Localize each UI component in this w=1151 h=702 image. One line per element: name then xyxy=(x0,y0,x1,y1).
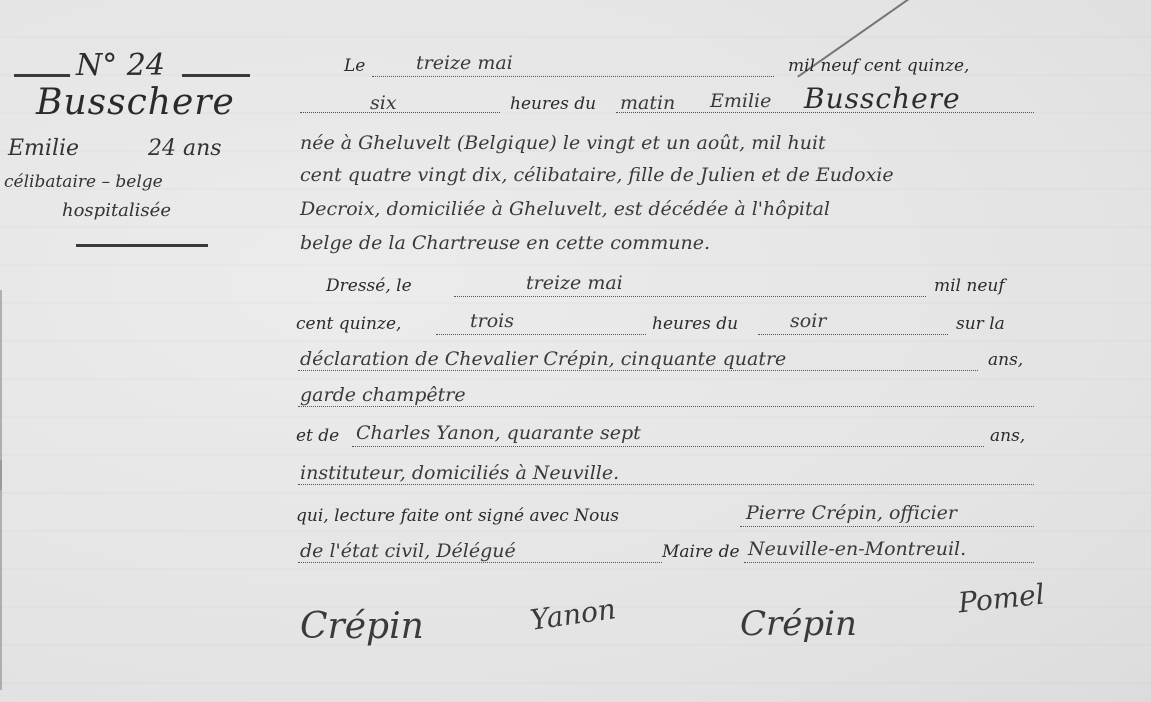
document-page: N° 24 Busschere Emilie 24 ans célibatair… xyxy=(0,0,1151,702)
record-line-11: et de Charles Yanon, quarante sept ans, xyxy=(296,424,1046,454)
entry-number: N° 24 xyxy=(76,48,165,83)
time-of-day-drawn: soir xyxy=(790,310,826,332)
printed-text: Le xyxy=(344,56,365,76)
printed-text: ans, xyxy=(990,426,1025,446)
margin-surname: Busschere xyxy=(36,82,235,123)
second-declarant-occupation: instituteur, domiciliés à Neuville. xyxy=(300,462,619,484)
printed-text: cent quinze, xyxy=(296,314,401,334)
printed-text: ans, xyxy=(988,350,1023,370)
printed-text: mil neuf cent quinze, xyxy=(788,56,969,76)
printed-text: Dressé, le xyxy=(326,276,412,296)
signature-1: Crépin xyxy=(300,606,424,647)
record-line-2: six heures du matin Emilie Busschere xyxy=(296,90,1046,120)
margin-column: N° 24 Busschere Emilie 24 ans célibatair… xyxy=(0,0,280,702)
printed-text: sur la xyxy=(956,314,1005,334)
margin-rule-left xyxy=(14,74,70,77)
second-declarant: Charles Yanon, quarante sept xyxy=(356,422,641,444)
margin-bottom-rule xyxy=(76,244,208,247)
dotted-field xyxy=(298,370,978,371)
dotted-field xyxy=(454,296,926,297)
officer-name: Pierre Crépin, officier xyxy=(746,502,957,524)
birth-info: née à Gheluvelt (Belgique) le vingt et u… xyxy=(300,132,826,154)
dotted-field xyxy=(740,526,1034,527)
place-of-death: belge de la Chartreuse en cette commune. xyxy=(300,232,710,254)
dotted-field xyxy=(744,562,1034,563)
date-drawn-up: treize mai xyxy=(526,272,623,294)
margin-rule-right xyxy=(182,74,250,77)
record-line-8: cent quinze, trois heures du soir sur la xyxy=(296,312,1046,342)
hour-of-death: six xyxy=(370,92,397,114)
deceased-first-name: Emilie xyxy=(710,90,771,112)
printed-text: mil neuf xyxy=(934,276,1005,296)
record-line-9: déclaration de Chevalier Crépin, cinquan… xyxy=(296,348,1046,378)
dotted-field xyxy=(372,76,774,77)
deceased-surname: Busschere xyxy=(804,82,961,115)
record-line-12: instituteur, domiciliés à Neuville. xyxy=(296,462,1046,492)
hour-drawn-up: trois xyxy=(470,310,514,332)
date-of-death: treize mai xyxy=(416,52,513,74)
margin-status: célibataire – belge xyxy=(4,172,163,192)
printed-text: heures du xyxy=(652,314,738,334)
dotted-field xyxy=(758,334,948,335)
margin-first-name: Emilie xyxy=(8,136,79,161)
officer-title: de l'état civil, Délégué xyxy=(300,540,516,562)
record-line-14: de l'état civil, Délégué Maire de Neuvil… xyxy=(296,540,1046,570)
signature-4: Pomel xyxy=(957,578,1047,620)
record-line-3: née à Gheluvelt (Belgique) le vingt et u… xyxy=(296,132,1046,162)
printed-text: Maire de xyxy=(662,542,740,562)
signature-2: Yanon xyxy=(528,592,618,637)
record-line-10: garde champêtre xyxy=(296,384,1046,414)
first-declarant-occupation: garde champêtre xyxy=(300,384,466,406)
residence-info: Decroix, domiciliée à Gheluvelt, est déc… xyxy=(300,198,830,220)
dotted-field xyxy=(436,334,646,335)
record-line-4: cent quatre vingt dix, célibataire, fill… xyxy=(296,164,1046,194)
dotted-field xyxy=(300,112,500,113)
record-line-6: belge de la Chartreuse en cette commune. xyxy=(296,232,1046,262)
dotted-field xyxy=(352,446,984,447)
margin-note: hospitalisée xyxy=(62,200,171,221)
time-of-day: matin xyxy=(620,92,675,114)
printed-text: qui, lecture faite ont signé avec Nous xyxy=(296,506,619,526)
first-declarant: déclaration de Chevalier Crépin, cinquan… xyxy=(300,348,786,370)
commune-name: Neuville-en-Montreuil. xyxy=(748,538,966,560)
record-line-5: Decroix, domiciliée à Gheluvelt, est déc… xyxy=(296,198,1046,228)
dotted-field xyxy=(298,562,662,563)
printed-text: et de xyxy=(296,426,339,446)
dotted-field xyxy=(298,406,1034,407)
signature-3: Crépin xyxy=(740,604,857,644)
record-line-7: Dressé, le treize mai mil neuf xyxy=(296,274,1046,304)
record-line-1: Le treize mai mil neuf cent quinze, xyxy=(296,54,1046,84)
dotted-field xyxy=(298,484,1034,485)
printed-text: heures du xyxy=(510,94,596,114)
record-line-13: qui, lecture faite ont signé avec Nous P… xyxy=(296,504,1046,534)
margin-age: 24 ans xyxy=(148,136,222,161)
parents-info: cent quatre vingt dix, célibataire, fill… xyxy=(300,164,894,186)
